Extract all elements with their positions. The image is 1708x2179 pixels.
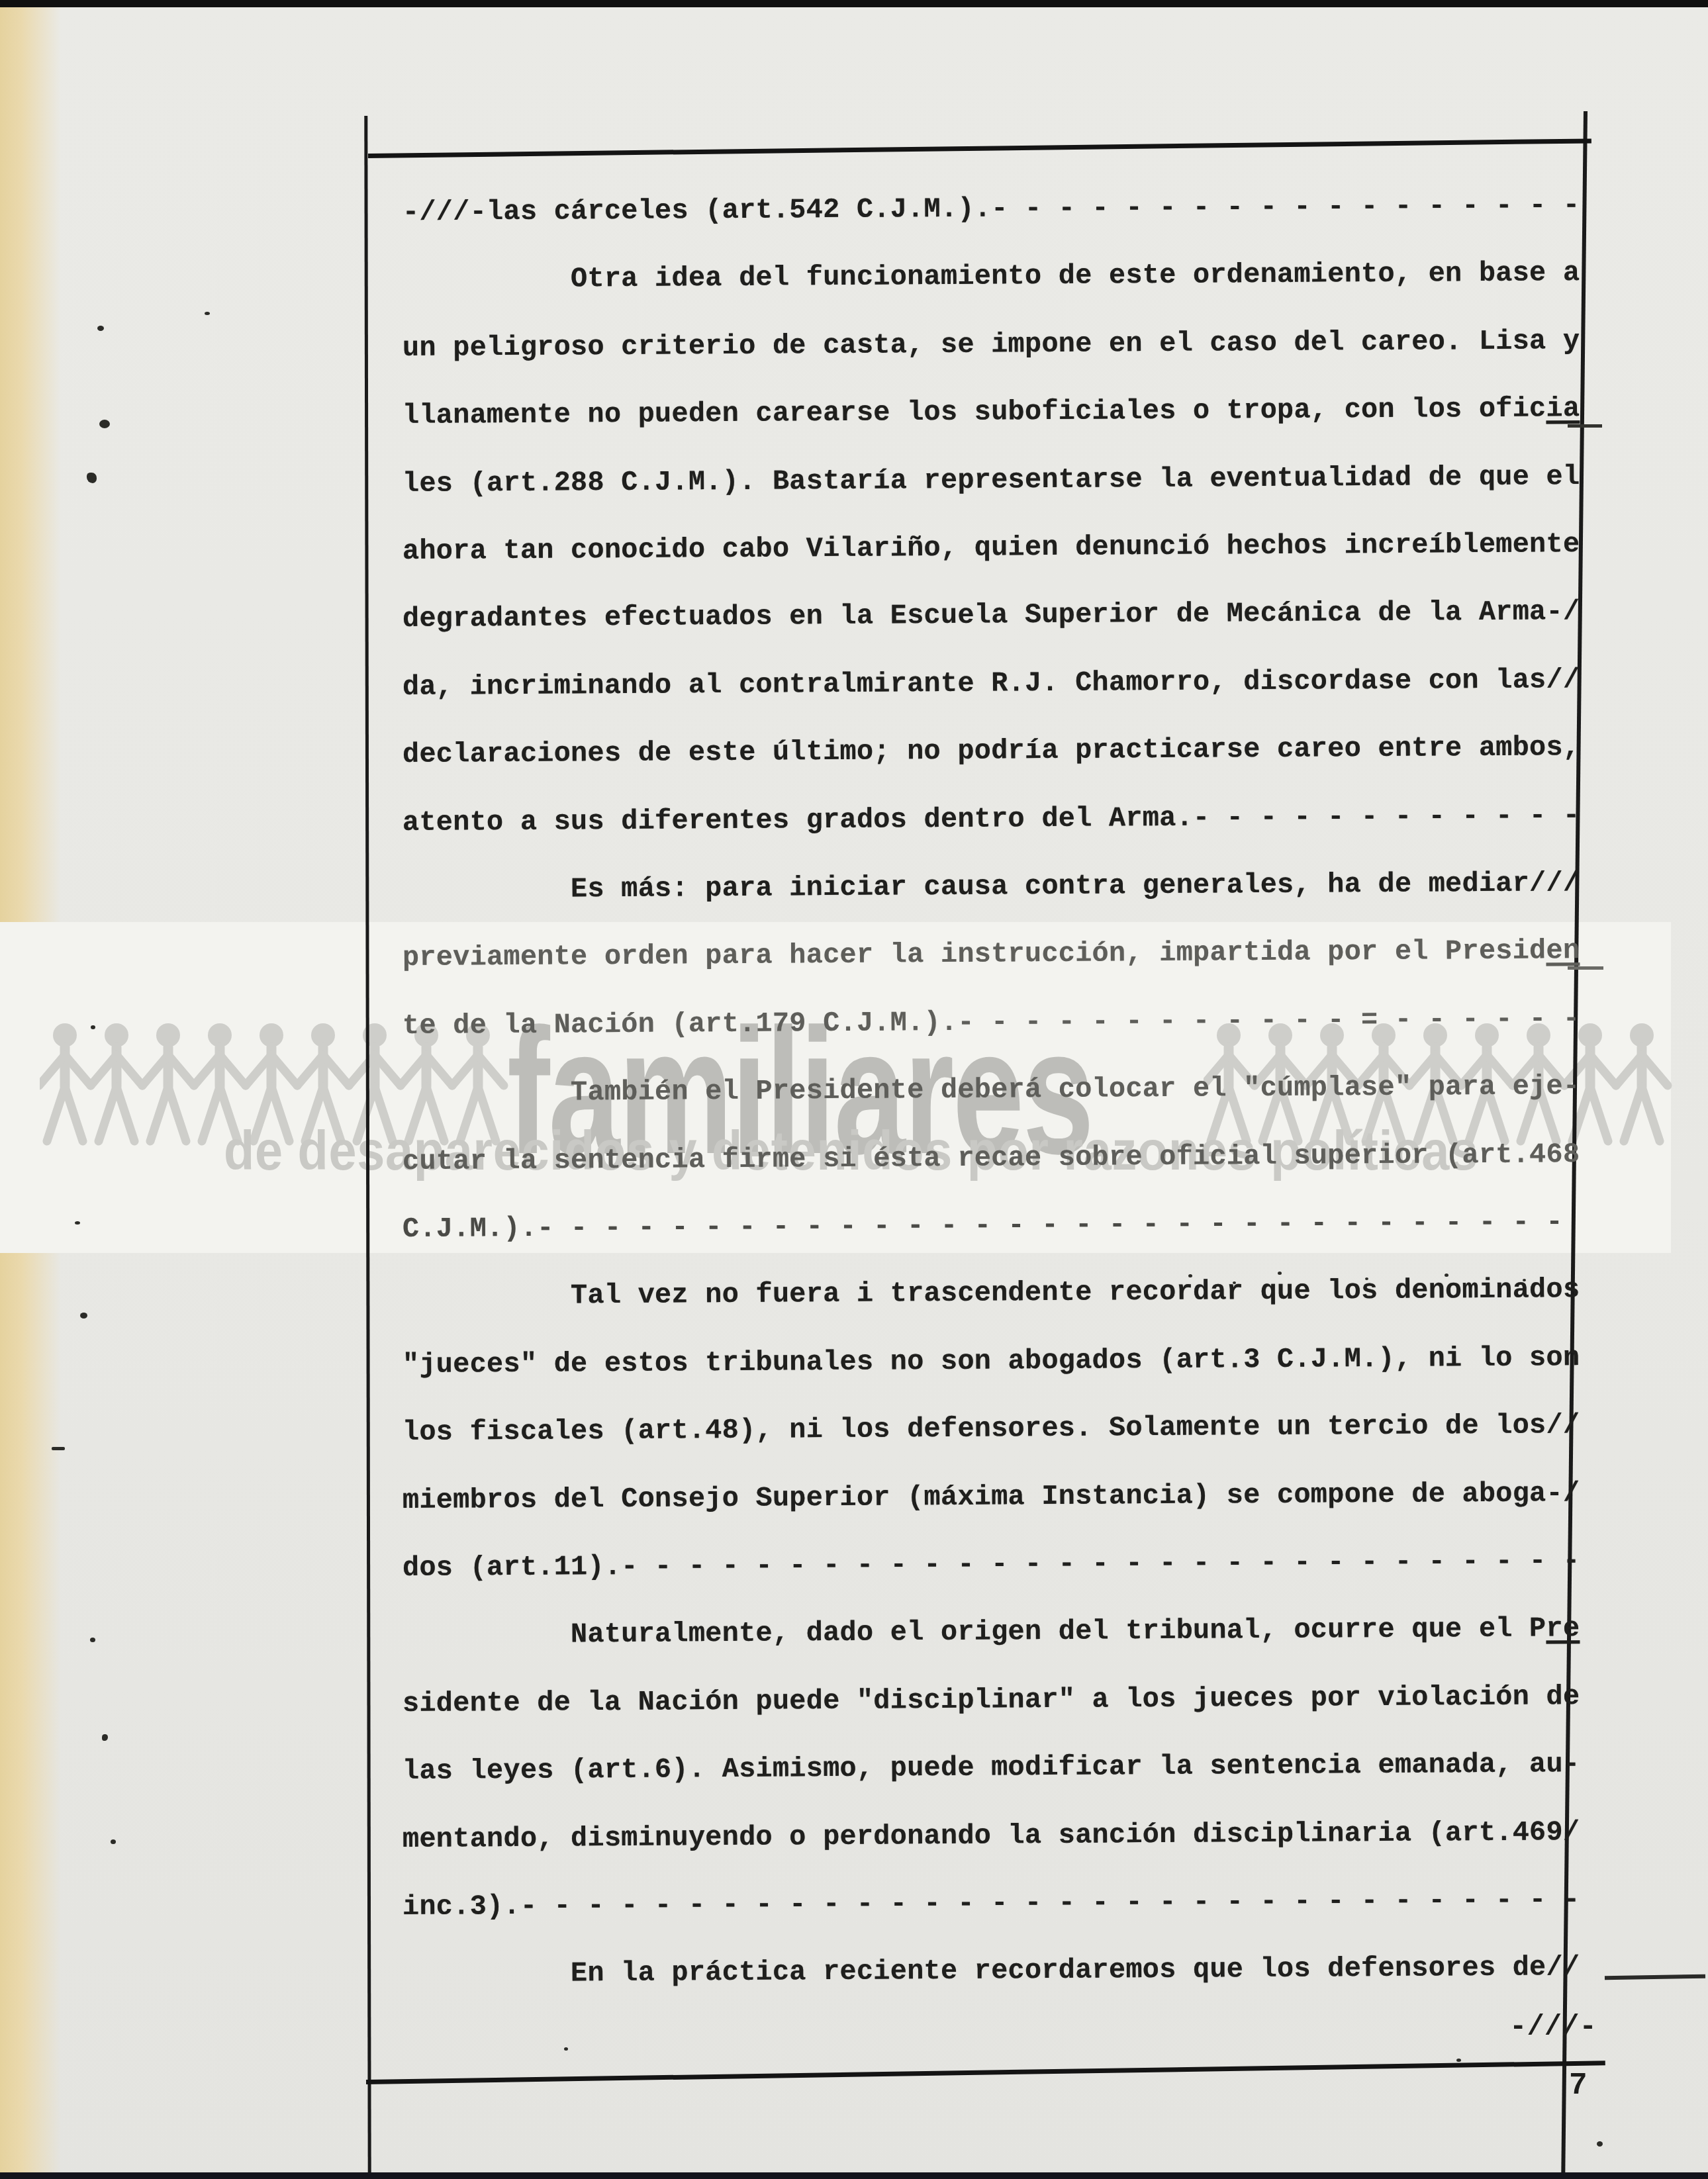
scanned-document-page: { "page": { "number": "7", "continuation… bbox=[0, 0, 1708, 2179]
typed-line: degradantes efectuados en la Escuela Sup… bbox=[403, 596, 1580, 636]
ink-speck bbox=[52, 1447, 65, 1450]
typed-line: C.J.M.).- - - - - - - - - - - - - - - - … bbox=[403, 1205, 1563, 1246]
typed-line: atento a sus diferentes grados dentro de… bbox=[403, 799, 1580, 839]
ink-speck bbox=[1597, 2141, 1603, 2147]
typed-line: Tal vez no fuera i trascendente recordar… bbox=[403, 1274, 1580, 1314]
page-number: 7 bbox=[1569, 2069, 1588, 2102]
typed-line: te de la Nación (art.179 C.J.M.).- - - -… bbox=[403, 1002, 1580, 1043]
typed-line: sidente de la Nación puede "disciplinar"… bbox=[403, 1680, 1580, 1720]
typed-line: declaraciones de este último; no podría … bbox=[403, 731, 1580, 771]
typed-line: inc.3).- - - - - - - - - - - - - - - - -… bbox=[403, 1883, 1580, 1924]
ink-speck bbox=[87, 473, 97, 483]
typed-line: miembros del Consejo Superior (máxima In… bbox=[403, 1477, 1580, 1517]
typed-line: mentando, disminuyendo o perdonando la s… bbox=[403, 1816, 1580, 1856]
ink-speck bbox=[102, 1734, 108, 1741]
typed-line: llanamente no pueden carearse los subofi… bbox=[403, 392, 1580, 432]
typed-line: las leyes (art.6). Asimismo, puede modif… bbox=[403, 1747, 1580, 1788]
typed-line: les (art.288 C.J.M.). Bastaría represent… bbox=[403, 460, 1580, 500]
typed-line: los fiscales (art.48), ni los defensores… bbox=[403, 1409, 1580, 1449]
frame-top-rule bbox=[368, 138, 1591, 158]
continuation-underline bbox=[1568, 966, 1603, 970]
ink-speck bbox=[111, 1839, 116, 1844]
typed-line: Naturalmente, dado el origen del tribuna… bbox=[403, 1612, 1580, 1653]
continuation-mark: -///- bbox=[1509, 2011, 1597, 2044]
typed-line: cutar la sentencia firme si ésta recae s… bbox=[403, 1138, 1580, 1178]
ink-speck bbox=[90, 1638, 95, 1642]
typed-line: Otra idea del funcionamiento de este ord… bbox=[403, 257, 1580, 297]
typed-line: -///-las cárceles (art.542 C.J.M.).- - -… bbox=[403, 189, 1580, 229]
margin-tick-rule bbox=[1605, 1974, 1705, 1980]
scan-top-bar bbox=[0, 0, 1708, 7]
typed-line: dos (art.11).- - - - - - - - - - - - - -… bbox=[403, 1544, 1580, 1585]
typed-line: ahora tan conocido cabo Vilariño, quien … bbox=[403, 528, 1580, 568]
typed-line: "jueces" de estos tribunales no son abog… bbox=[403, 1341, 1580, 1381]
ink-speck bbox=[1278, 1272, 1282, 1275]
ink-speck bbox=[1233, 1281, 1236, 1284]
ink-speck bbox=[1523, 1279, 1526, 1281]
ink-speck bbox=[1445, 1274, 1448, 1277]
typed-line: un peligroso criterio de casta, se impon… bbox=[403, 324, 1580, 365]
ink-speck bbox=[80, 1313, 87, 1319]
ink-speck bbox=[75, 1221, 80, 1225]
ink-speck bbox=[564, 2047, 568, 2051]
scan-bottom-bar bbox=[0, 2172, 1708, 2179]
ink-speck bbox=[91, 1025, 95, 1029]
ink-speck bbox=[1188, 1274, 1192, 1277]
typed-line: Es más: para iniciar causa contra genera… bbox=[403, 866, 1580, 907]
typed-line: da, incriminando al contralmirante R.J. … bbox=[403, 663, 1580, 704]
ink-speck bbox=[99, 420, 110, 428]
ink-speck bbox=[205, 312, 210, 315]
ink-speck bbox=[97, 326, 104, 331]
frame-bottom-rule bbox=[366, 2061, 1605, 2084]
typed-line: En la práctica reciente recordaremos que… bbox=[403, 1951, 1580, 1992]
ink-speck bbox=[1365, 1277, 1368, 1280]
ink-speck bbox=[1456, 2059, 1461, 2062]
continuation-underline bbox=[1568, 424, 1602, 428]
